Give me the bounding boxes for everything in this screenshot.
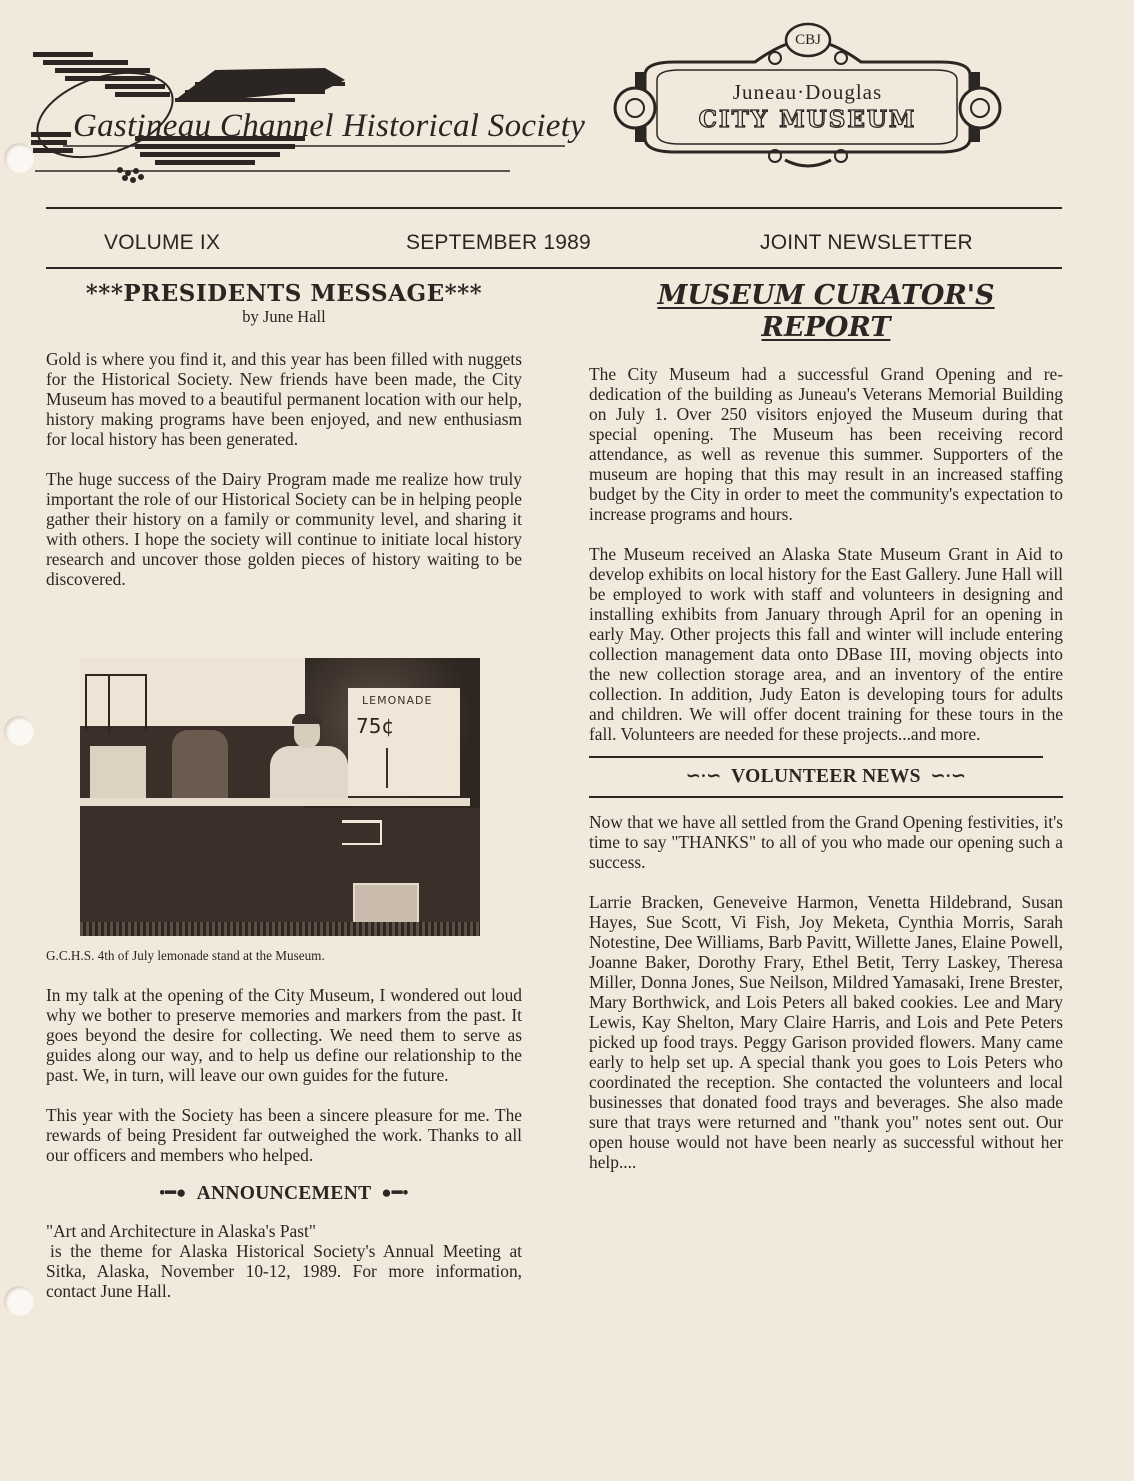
ornament-icon: ∽·∽ — [931, 766, 966, 786]
byline: by June Hall — [46, 307, 522, 327]
photo-caption: G.C.H.S. 4th of July lemonade stand at t… — [46, 948, 325, 964]
newsletter-type: JOINT NEWSLETTER — [760, 231, 973, 255]
curators-report-title: MUSEUM CURATOR'S REPORT — [589, 280, 1063, 344]
cbj-badge: CBJ — [788, 32, 828, 49]
announcement-body: is the theme for Alaska Historical Socie… — [46, 1241, 522, 1301]
ornament-icon: •━● — [159, 1183, 186, 1203]
museum-subtitle: Juneau·Douglas — [605, 80, 1010, 105]
issue-date: SEPTEMBER 1989 — [406, 231, 591, 255]
museum-logo: CBJ Juneau·Douglas CITY MUSEUM — [605, 10, 1010, 170]
presidents-message-title: ***PRESIDENTS MESSAGE*** — [46, 280, 522, 307]
presidents-message-continued: In my talk at the opening of the City Mu… — [46, 985, 522, 1301]
lemonade-sign: LEMONADE 75¢ — [348, 688, 460, 796]
society-name: Gastineau Channel Historical Society — [73, 108, 585, 145]
society-logo: Gastineau Channel Historical Society — [25, 40, 585, 190]
punch-hole — [4, 1286, 34, 1316]
lemonade-stand-photo: LEMONADE 75¢ — [80, 658, 480, 936]
bottom-rule — [46, 267, 1062, 269]
punch-hole — [4, 716, 34, 746]
paragraph: The City Museum had a successful Grand O… — [589, 364, 1063, 524]
volunteer-news-heading: ∽·∽VOLUNTEER NEWS∽·∽ — [589, 766, 1063, 788]
paragraph: This year with the Society has been a si… — [46, 1105, 522, 1165]
presidents-message-column: ***PRESIDENTS MESSAGE*** by June Hall Go… — [46, 280, 522, 589]
announcement-heading: •━●ANNOUNCEMENT●━• — [46, 1183, 522, 1205]
curators-report-column: MUSEUM CURATOR'S REPORT The City Museum … — [589, 280, 1063, 1172]
paragraph: Gold is where you find it, and this year… — [46, 349, 522, 449]
paragraph: In my talk at the opening of the City Mu… — [46, 985, 522, 1085]
paragraph: Larrie Bracken, Geneveive Harmon, Venett… — [589, 892, 1063, 1172]
ornament-icon: ●━• — [381, 1183, 408, 1203]
ornament-icon: ∽·∽ — [686, 766, 721, 786]
divider — [589, 756, 1043, 758]
paragraph: The huge success of the Dairy Program ma… — [46, 469, 522, 589]
top-rule — [46, 207, 1062, 209]
divider — [589, 796, 1063, 798]
announcement-quote: "Art and Architecture in Alaska's Past" — [46, 1221, 522, 1241]
volume-label: VOLUME IX — [104, 231, 220, 255]
paragraph: The Museum received an Alaska State Muse… — [589, 544, 1063, 744]
paragraph: Now that we have all settled from the Gr… — [589, 812, 1063, 872]
museum-name: CITY MUSEUM — [605, 106, 1010, 133]
